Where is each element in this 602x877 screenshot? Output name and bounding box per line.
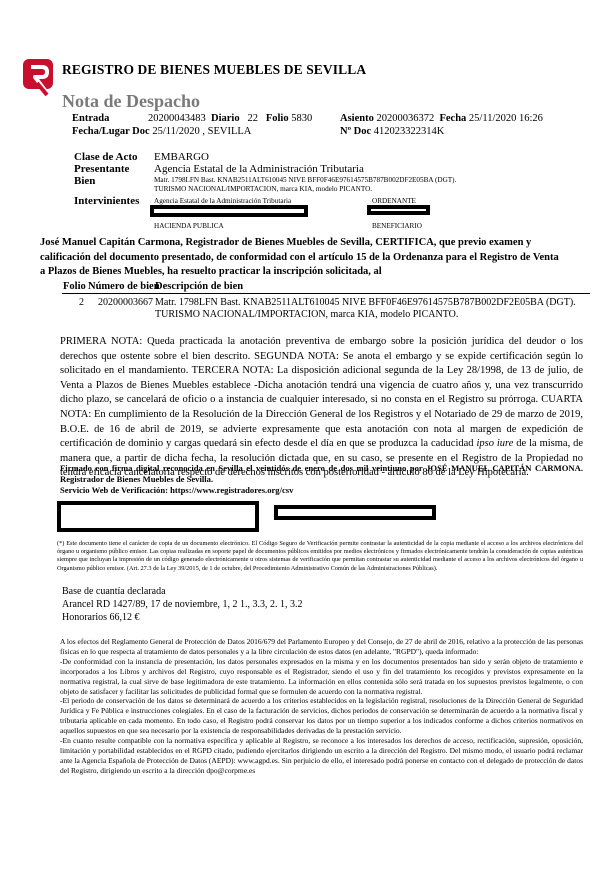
asiento-group: Asiento 20200036372 Fecha 25/11/2020 16:… <box>340 112 543 125</box>
rgpd-paragraph: -De conformidad con la instancia de pres… <box>60 657 583 697</box>
rgpd-paragraph: -En cuanto resulte compatible con la nor… <box>60 736 583 776</box>
redaction-box <box>274 505 436 520</box>
fecha-lugar-row: Fecha/Lugar Doc 25/11/2020 , SEVILLA <box>72 125 251 138</box>
entry-row: Entrada <box>72 112 109 125</box>
interviniente-name-2: HACIENDA PUBLICA <box>154 222 224 230</box>
arancel: Arancel RD 1427/89, 17 de noviembre, 1, … <box>62 599 303 610</box>
entrada-number: 20200043483 <box>148 113 206 124</box>
diario-value: 22 <box>247 113 258 124</box>
base-cuantia: Base de cuantía declarada <box>62 586 166 597</box>
signature-block: Firmado con firma digital reconocida en … <box>60 463 583 497</box>
notes-italic: ipso iure <box>476 438 513 449</box>
asiento-value: 20200036372 <box>376 113 434 124</box>
table-header-descripcion: Descripción de bien <box>155 281 243 292</box>
clase-label: Clase de Acto <box>74 151 138 163</box>
asiento-label: Asiento <box>340 113 374 124</box>
certification-text: José Manuel Capitán Carmona, Registrador… <box>40 236 565 280</box>
rgpd-paragraph: -El periodo de conservación de los datos… <box>60 696 583 736</box>
folio-label: Folio <box>266 113 289 124</box>
registradores-logo-icon <box>23 59 55 97</box>
document-title: Nota de Despacho <box>62 91 200 112</box>
intervinientes-label: Intervinientes <box>74 195 139 207</box>
table-header-folio: Folio <box>63 281 86 292</box>
entrada-value: 20200043483 Diario 22 Folio 5830 <box>148 112 312 125</box>
bien-line-2: TURISMO NACIONAL/IMPORTACION, marca KIA,… <box>154 185 456 194</box>
descripcion-line-1: Matr. 1798LFN Bast. KNAB2511ALT610045 NI… <box>155 297 576 309</box>
fecha-value: 25/11/2020 16:26 <box>469 113 543 124</box>
ndoc-value: 412023322314K <box>374 126 445 137</box>
bien-line-1: Matr. 1798LFN Bast. KNAB2511ALT610045 NI… <box>154 176 456 185</box>
notes-text-1: PRIMERA NOTA: Queda practicada la anotac… <box>60 336 583 449</box>
interviniente-role-2: BENEFICIARIO <box>372 222 422 230</box>
honorarios: Honorarios 66,12 € <box>62 612 140 623</box>
clase-value: EMBARGO <box>154 151 209 163</box>
ndoc-row: Nº Doc 412023322314K <box>340 125 444 138</box>
table-cell-numero: 20200003667 <box>98 297 153 308</box>
notes-paragraph: PRIMERA NOTA: Queda practicada la anotac… <box>60 335 583 481</box>
interviniente-role-1: ORDENANTE <box>372 197 416 205</box>
ndoc-label: Nº Doc <box>340 126 371 137</box>
redaction-box <box>57 501 259 532</box>
bien-label: Bien <box>74 175 95 187</box>
diario-label: Diario <box>211 113 240 124</box>
rgpd-paragraph: A los efectos del Reglamento General de … <box>60 637 583 657</box>
fecha-lugar-value: 25/11/2020 , SEVILLA <box>152 126 251 137</box>
table-cell-descripcion: Matr. 1798LFN Bast. KNAB2511ALT610045 NI… <box>155 297 576 321</box>
presentante-label: Presentante <box>74 163 129 175</box>
fecha-label: Fecha <box>439 113 466 124</box>
entrada-label: Entrada <box>72 113 109 124</box>
presentante-value: Agencia Estatal de la Administración Tri… <box>154 163 364 175</box>
signature-text: Firmado con firma digital reconocida en … <box>60 463 583 485</box>
table-cell-folio: 2 <box>79 297 84 308</box>
redaction-box <box>367 205 430 215</box>
table-header-numero: Número de bien <box>88 281 160 292</box>
redaction-box <box>150 205 308 217</box>
table-divider <box>62 293 590 294</box>
electronic-copy-disclaimer: (*) Este documento tiene el carácter de … <box>57 540 583 573</box>
fecha-lugar-label: Fecha/Lugar Doc <box>72 126 150 137</box>
interviniente-name-1: Agencia Estatal de la Administración Tri… <box>154 197 291 205</box>
folio-value: 5830 <box>291 113 312 124</box>
organization-title: REGISTRO DE BIENES MUEBLES DE SEVILLA <box>62 62 366 78</box>
rgpd-notice: A los efectos del Reglamento General de … <box>60 637 583 776</box>
descripcion-line-2: TURISMO NACIONAL/IMPORTACION, marca KIA,… <box>155 309 576 321</box>
bien-value: Matr. 1798LFN Bast. KNAB2511ALT610045 NI… <box>154 176 456 194</box>
verification-url: Servicio Web de Verificación: https://ww… <box>60 485 583 496</box>
